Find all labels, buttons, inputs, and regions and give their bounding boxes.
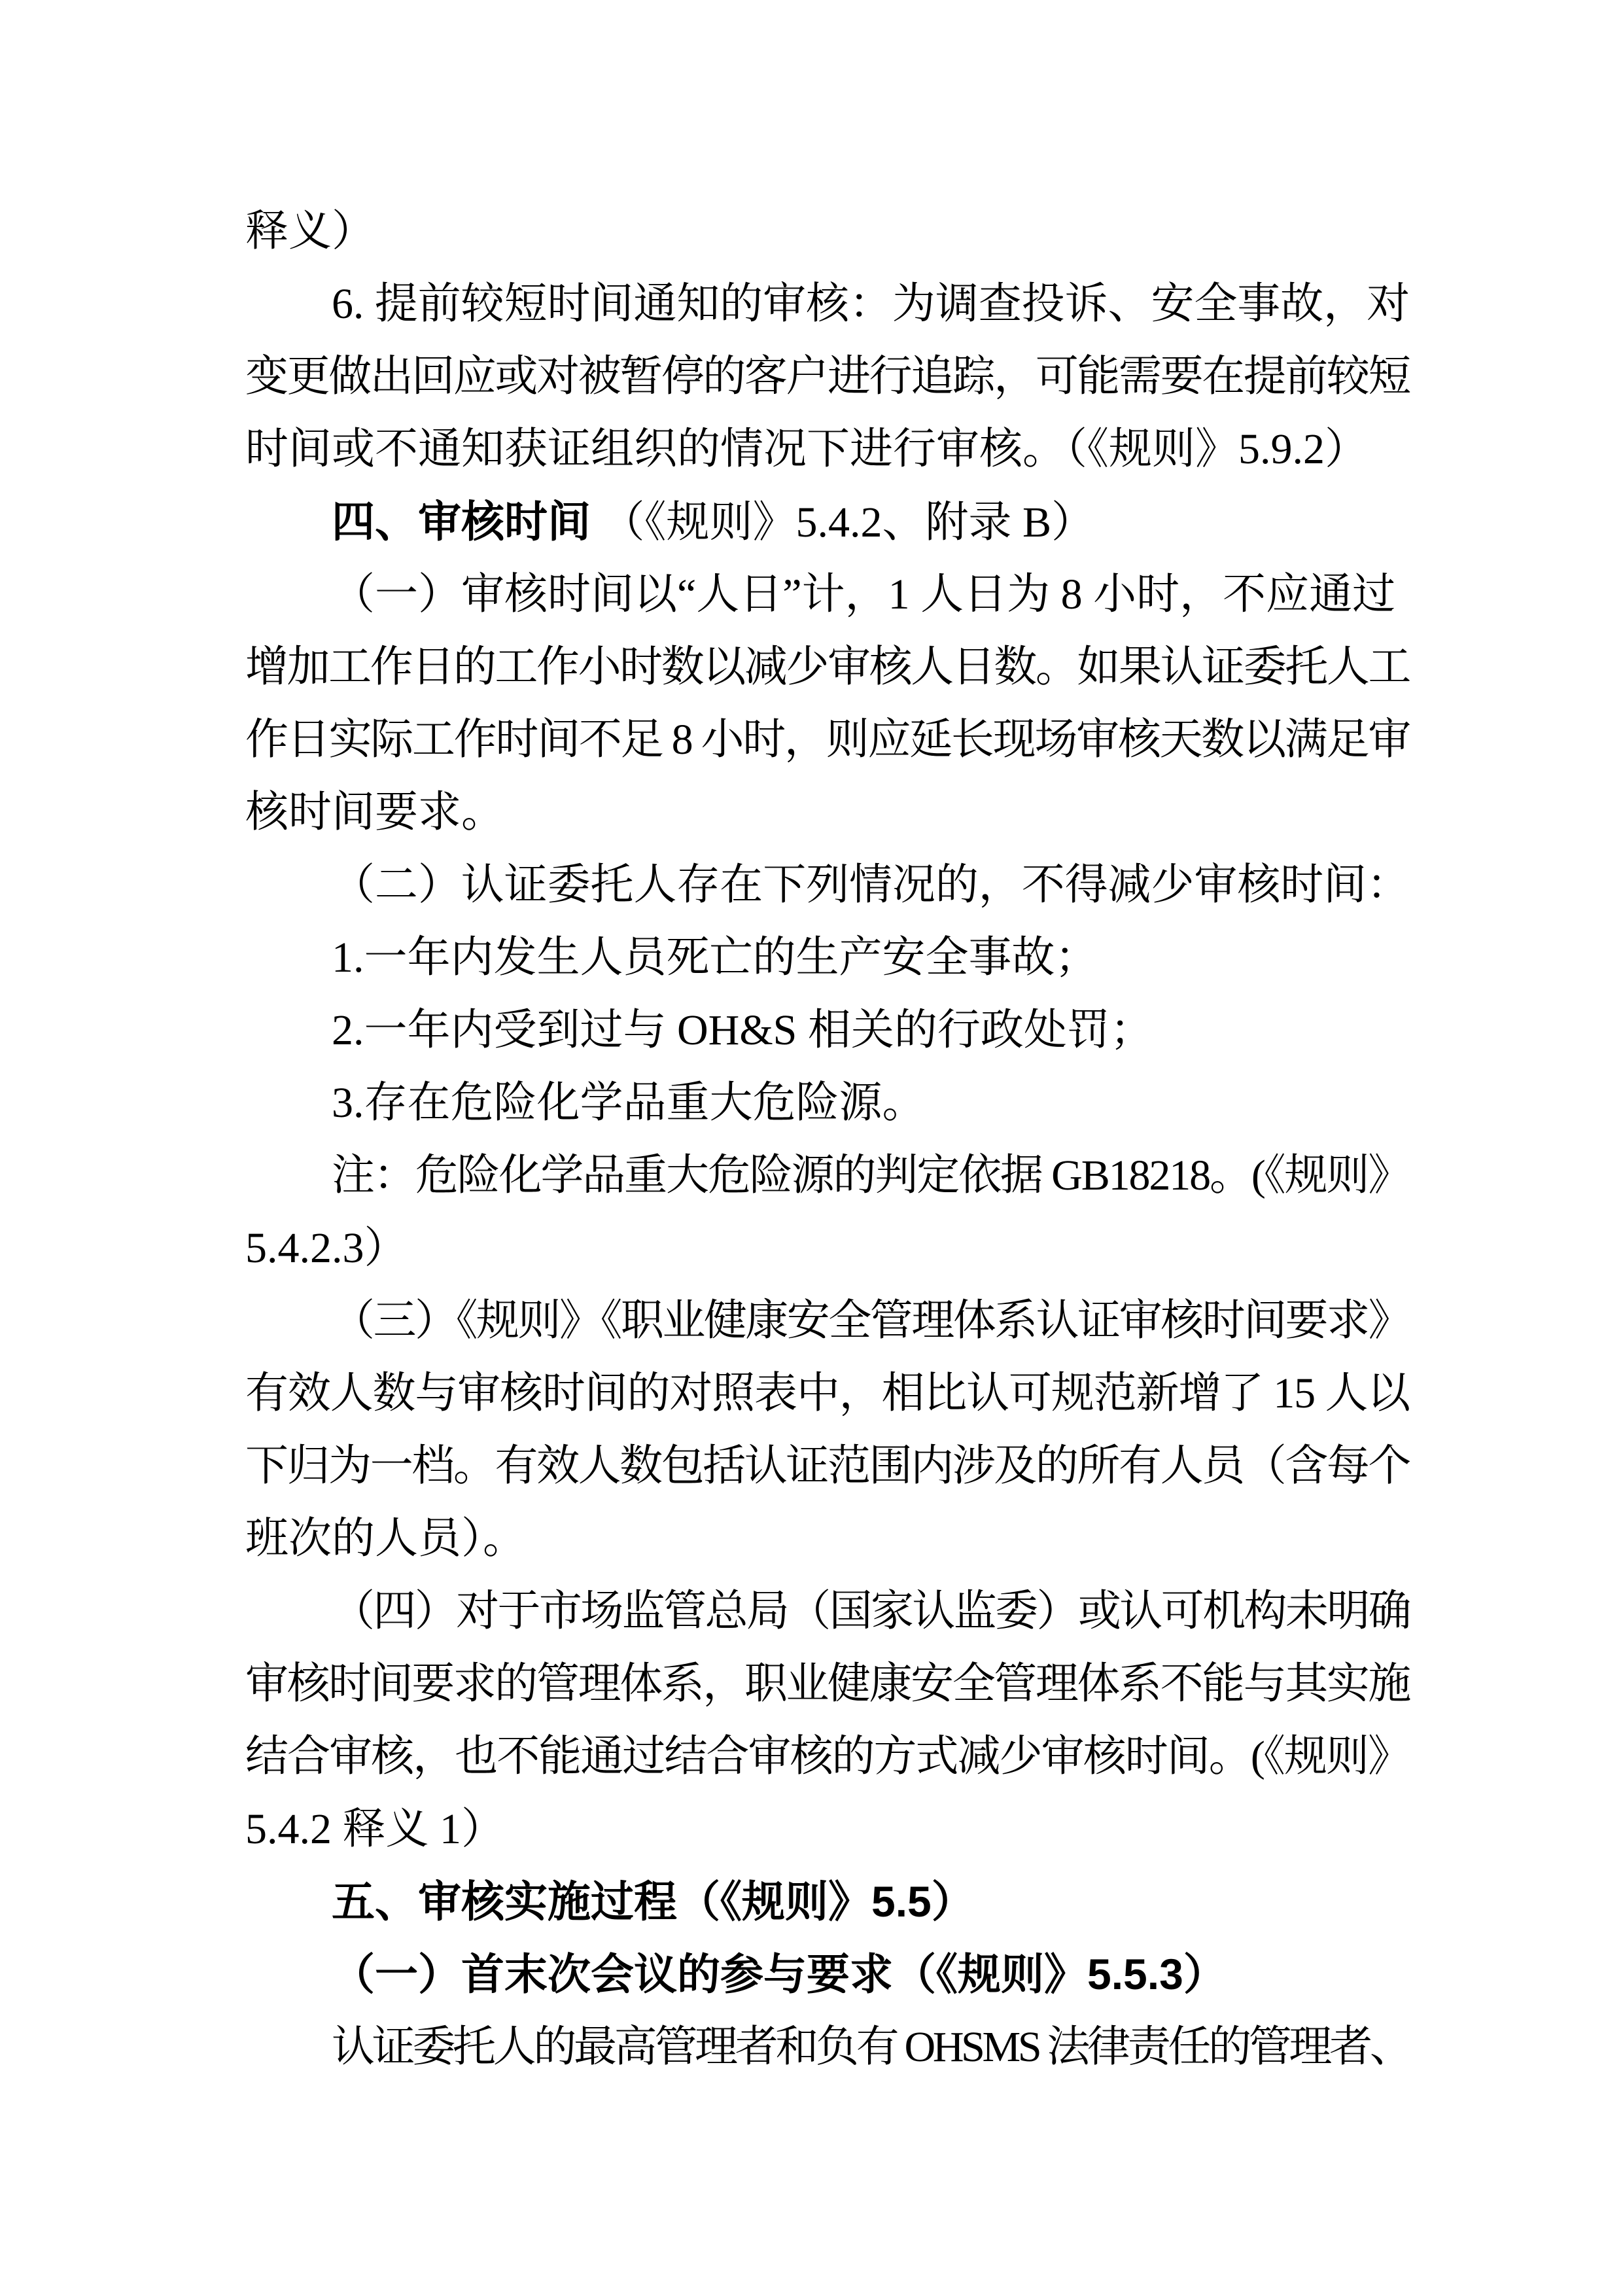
body-text-line: （四）对于市场监管总局（国家认监委）或认可机构未明确 [245,1575,1410,1648]
body-text-line: 班次的人员）。 [245,1502,1410,1575]
body-text-line: 时间或不通知获证组织的情况下进行审核。（《规则》5.9.2） [245,413,1410,486]
list-item-1: 1.一年内发生人员死亡的生产安全事故； [245,921,1410,994]
body-text-line: 有效人数与审核时间的对照表中，相比认可规范新增了 15 人以 [245,1357,1410,1430]
list-item-2: 2.一年内受到过与 OH&S 相关的行政处罚； [245,994,1410,1067]
heading-title: 四、审核时间 [332,497,591,546]
continuation-text-line: 释义） [245,195,1410,268]
body-text-line: 审核时间要求的管理体系，职业健康安全管理体系不能与其实施 [245,1648,1410,1720]
body-text-line: （三）《规则》《职业健康安全管理体系认证审核时间要求》 [245,1284,1410,1357]
body-text-line: 核时间要求。 [245,776,1410,849]
section-heading-five: 五、审核实施过程（《规则》5.5） [245,1865,1410,1938]
body-text-line: （一）审核时间以“人日”计，1 人日为 8 小时，不应通过 [245,558,1410,631]
body-text-line: 增加工作日的工作小时数以减少审核人日数。如果认证委托人工 [245,631,1410,703]
note-text-line: 5.4.2.3） [245,1212,1410,1284]
document-page: 释义） 6. 提前较短时间通知的审核：为调查投诉、安全事故，对 变更做出回应或对… [0,0,1623,2296]
heading-rule-reference: （《规则》5.4.2、附录 B） [591,499,1094,546]
body-text-line: 结合审核，也不能通过结合审核的方式减少审核时间。(《规则》 [245,1720,1410,1793]
body-text-line: 5.4.2 释义 1） [245,1793,1410,1865]
subsection-heading-one: （一）首末次会议的参与要求（《规则》5.5.3） [245,1938,1410,2011]
body-text-line: 6. 提前较短时间通知的审核：为调查投诉、安全事故，对 [245,268,1410,340]
body-text-line: 作日实际工作时间不足 8 小时，则应延长现场审核天数以满足审 [245,703,1410,776]
section-heading-four: 四、审核时间 （《规则》5.4.2、附录 B） [245,486,1410,558]
body-text-line: （二）认证委托人存在下列情况的，不得减少审核时间： [245,849,1410,921]
body-text-line: 变更做出回应或对被暂停的客户进行追踪，可能需要在提前较短 [245,340,1410,413]
list-item-3: 3.存在危险化学品重大危险源。 [245,1067,1410,1139]
note-text-line: 注：危险化学品重大危险源的判定依据 GB18218。(《规则》 [245,1139,1410,1212]
body-text-line: 下归为一档。有效人数包括认证范围内涉及的所有人员（含每个 [245,1430,1410,1502]
body-text-line: 认证委托人的最高管理者和负有 OHSMS 法律责任的管理者、 [245,2011,1410,2083]
